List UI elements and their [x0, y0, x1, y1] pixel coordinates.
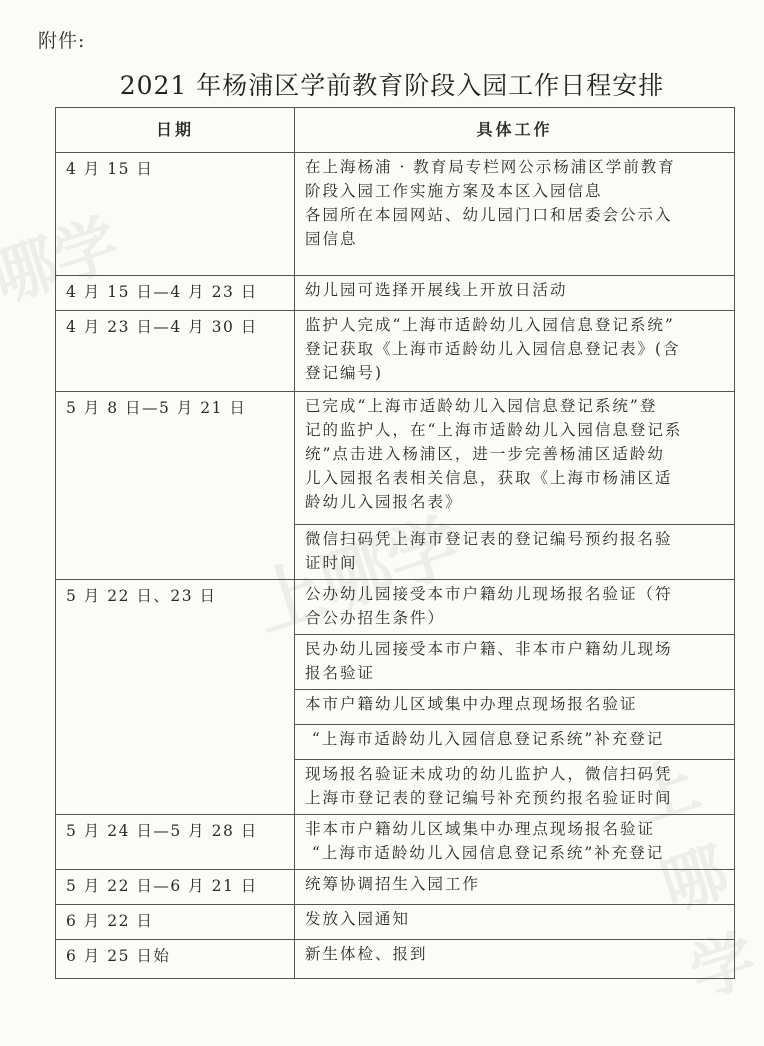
table-header-row: 日期 具体工作 — [56, 108, 735, 153]
work-line: 监护人完成“上海市适龄幼儿入园信息登记系统” — [305, 313, 726, 337]
date-cell: 5 月 8 日—5 月 21 日 — [56, 392, 295, 580]
work-cell: 在上海杨浦 · 教育局专栏网公示杨浦区学前教育 阶段入园工作实施方案及本区入园信… — [295, 153, 735, 276]
schedule-table: 日期 具体工作 4 月 15 日 在上海杨浦 · 教育局专栏网公示杨浦区学前教育… — [55, 107, 735, 979]
work-cell: 民办幼儿园接受本市户籍、非本市户籍幼儿现场 报名验证 — [295, 635, 735, 690]
table-row: 4 月 15 日 在上海杨浦 · 教育局专栏网公示杨浦区学前教育 阶段入园工作实… — [56, 153, 735, 276]
work-line: 登记编号) — [305, 361, 726, 385]
work-line: 本市户籍幼儿区域集中办理点现场报名验证 — [305, 692, 726, 716]
date-cell: 4 月 15 日 — [56, 153, 295, 276]
table-row: 5 月 24 日—5 月 28 日 非本市户籍幼儿区域集中办理点现场报名验证 “… — [56, 815, 735, 870]
work-cell: 统筹协调招生入园工作 — [295, 870, 735, 905]
date-cell: 5 月 22 日—6 月 21 日 — [56, 870, 295, 905]
work-line: 现场报名验证未成功的幼儿监护人，微信扫码凭 — [305, 762, 726, 786]
work-cell: 已完成“上海市适龄幼儿入园信息登记系统”登 记的监护人，在“上海市适龄幼儿入园信… — [295, 392, 735, 525]
work-cell: 监护人完成“上海市适龄幼儿入园信息登记系统” 登记获取《上海市适龄幼儿入园信息登… — [295, 311, 735, 392]
table-row: 5 月 22 日、23 日 公办幼儿园接受本市户籍幼儿现场报名验证（符 合公办招… — [56, 580, 735, 635]
attachment-label: 附件: — [38, 26, 85, 53]
date-cell: 4 月 23 日—4 月 30 日 — [56, 311, 295, 392]
column-header-date: 日期 — [56, 108, 295, 153]
table-row: 6 月 22 日 发放入园通知 — [56, 905, 735, 940]
work-cell: 新生体检、报到 — [295, 940, 735, 979]
work-line: 公办幼儿园接受本市户籍幼儿现场报名验证（符 — [305, 582, 726, 606]
work-line: 园信息 — [305, 227, 726, 251]
work-line: 上海市登记表的登记编号补充预约报名验证时间 — [305, 786, 726, 810]
table-row: 6 月 25 日始 新生体检、报到 — [56, 940, 735, 979]
table-row: 4 月 15 日—4 月 23 日 幼儿园可选择开展线上开放日活动 — [56, 276, 735, 311]
work-cell: 微信扫码凭上海市登记表的登记编号预约报名验 证时间 — [295, 525, 735, 580]
work-line: 在上海杨浦 · 教育局专栏网公示杨浦区学前教育 — [305, 155, 726, 179]
work-line: 非本市户籍幼儿区域集中办理点现场报名验证 — [305, 817, 726, 841]
work-line: 合公办招生条件） — [305, 606, 726, 630]
column-header-work: 具体工作 — [295, 108, 735, 153]
work-line: 记的监护人，在“上海市适龄幼儿入园信息登记系 — [305, 418, 726, 442]
work-line: 各园所在本园网站、幼儿园门口和居委会公示入 — [305, 203, 726, 227]
work-line: 幼儿园可选择开展线上开放日活动 — [305, 278, 726, 302]
work-line: 阶段入园工作实施方案及本区入园信息 — [305, 179, 726, 203]
date-cell: 5 月 24 日—5 月 28 日 — [56, 815, 295, 870]
work-line: 发放入园通知 — [305, 907, 726, 931]
work-line: “上海市适龄幼儿入园信息登记系统”补充登记 — [305, 727, 726, 751]
work-line: 新生体检、报到 — [305, 942, 726, 966]
work-line: 登记获取《上海市适龄幼儿入园信息登记表》(含 — [305, 337, 726, 361]
table-row: 5 月 8 日—5 月 21 日 已完成“上海市适龄幼儿入园信息登记系统”登 记… — [56, 392, 735, 525]
work-line: 统筹协调招生入园工作 — [305, 872, 726, 896]
work-line: 民办幼儿园接受本市户籍、非本市户籍幼儿现场 — [305, 637, 726, 661]
work-line: 龄幼儿入园报名表》 — [305, 490, 726, 514]
table-row: 4 月 23 日—4 月 30 日 监护人完成“上海市适龄幼儿入园信息登记系统”… — [56, 311, 735, 392]
work-cell: 公办幼儿园接受本市户籍幼儿现场报名验证（符 合公办招生条件） — [295, 580, 735, 635]
work-line: 微信扫码凭上海市登记表的登记编号预约报名验 — [305, 527, 726, 551]
document-title: 2021 年杨浦区学前教育阶段入园工作日程安排 — [0, 66, 764, 102]
date-cell: 6 月 22 日 — [56, 905, 295, 940]
work-line: “上海市适龄幼儿入园信息登记系统”补充登记 — [305, 841, 726, 865]
date-cell: 4 月 15 日—4 月 23 日 — [56, 276, 295, 311]
table-row: 5 月 22 日—6 月 21 日 统筹协调招生入园工作 — [56, 870, 735, 905]
work-line: 报名验证 — [305, 661, 726, 685]
work-line: 证时间 — [305, 551, 726, 575]
work-cell: 本市户籍幼儿区域集中办理点现场报名验证 — [295, 690, 735, 725]
work-cell: 非本市户籍幼儿区域集中办理点现场报名验证 “上海市适龄幼儿入园信息登记系统”补充… — [295, 815, 735, 870]
date-cell: 6 月 25 日始 — [56, 940, 295, 979]
work-line: 儿入园报名表相关信息，获取《上海市杨浦区适 — [305, 466, 726, 490]
work-cell: 发放入园通知 — [295, 905, 735, 940]
work-cell: “上海市适龄幼儿入园信息登记系统”补充登记 — [295, 725, 735, 760]
work-cell: 现场报名验证未成功的幼儿监护人，微信扫码凭 上海市登记表的登记编号补充预约报名验… — [295, 760, 735, 815]
work-cell: 幼儿园可选择开展线上开放日活动 — [295, 276, 735, 311]
work-line: 统”点击进入杨浦区，进一步完善杨浦区适龄幼 — [305, 442, 726, 466]
work-line: 已完成“上海市适龄幼儿入园信息登记系统”登 — [305, 394, 726, 418]
date-cell: 5 月 22 日、23 日 — [56, 580, 295, 815]
